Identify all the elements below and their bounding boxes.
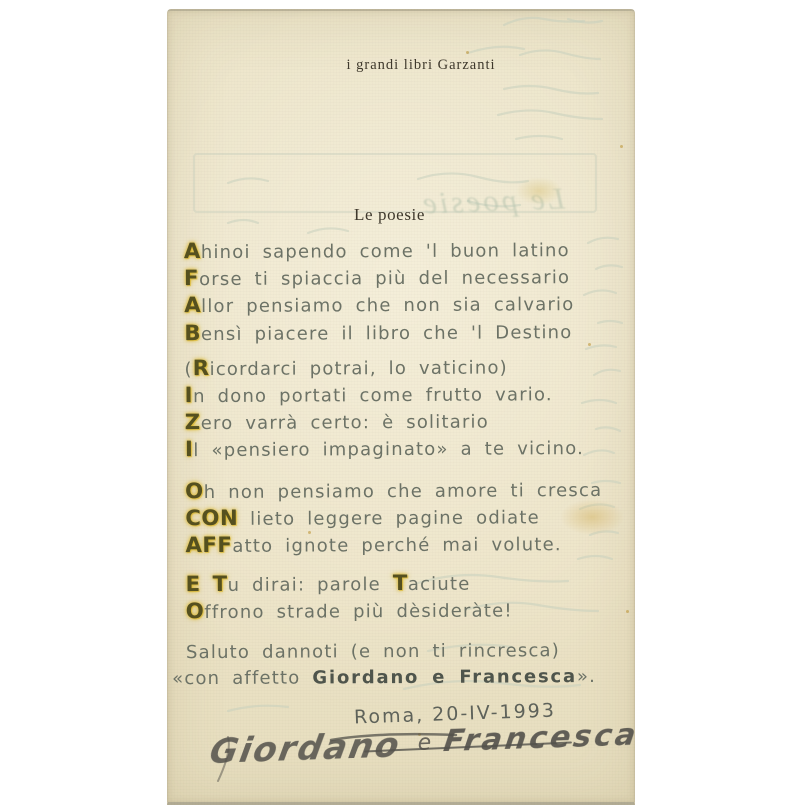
- poem-line: (Ricordarci potrai, lo vaticino): [184, 354, 620, 383]
- poem-text: [201, 575, 213, 596]
- poem-line: Il «pensiero impaginato» a te vicino.: [185, 435, 621, 464]
- stanza: Ahinoi sapendo come 'l buon latinoForse …: [184, 237, 621, 348]
- stanza: E Tu dirai: parole TaciuteOffrono strade…: [186, 570, 622, 627]
- poem-text: u dirai: parole: [228, 574, 393, 596]
- poem-line: Bensì piacere il libro che 'l Destino: [184, 318, 620, 347]
- poem-text: orse ti spiaccia più del necessario: [199, 267, 570, 290]
- acrostic-letter: Z: [185, 410, 201, 435]
- foxing-speck: [466, 51, 469, 54]
- acrostic-letter: F: [184, 266, 199, 291]
- poem-text: Saluto dannoti (e non ti rincresca): [186, 640, 560, 663]
- dedication-names: Giordano e Francesca: [312, 666, 577, 688]
- poem-text: l «pensiero impaginato» a te vicino.: [193, 438, 584, 461]
- poem-text: ero varrà certo: è solitario: [201, 412, 489, 435]
- acrostic-letter: CON: [185, 506, 238, 531]
- poem-text: llor pensiamo che non sia calvario: [201, 295, 574, 318]
- stanza: Oh non pensiamo che amore ti crescaCON l…: [185, 476, 621, 560]
- page-title: Le poesie: [354, 205, 425, 225]
- poem-text: ensì piacere il libro che 'l Destino: [201, 322, 573, 345]
- poem-line: AFFatto ignote perché mai volute.: [185, 531, 621, 560]
- signature-conjunction: e: [417, 730, 431, 755]
- poem-line: In dono portati come frutto vario.: [185, 381, 621, 410]
- acrostic-letter: A: [184, 293, 201, 318]
- foxing-speck: [620, 145, 623, 148]
- acrostic-letter: R: [193, 356, 210, 381]
- signature-giordano: Giordano: [207, 725, 405, 772]
- poem-text: ».: [577, 666, 596, 687]
- foxing-speck: [626, 610, 629, 613]
- poem-text: icordarci potrai, lo vaticino): [210, 357, 508, 380]
- poem-line: Allor pensiamo che non sia calvario: [184, 291, 620, 320]
- acrostic-letter: E: [186, 572, 201, 597]
- book-page: Le poesie i grandi libri Garzanti Le poe…: [167, 9, 635, 800]
- poem-line: Offrono strade più dèsideràte!: [186, 597, 622, 626]
- poem-text: lieto leggere pagine odiate: [238, 507, 540, 530]
- poem-text: hinoi sapendo come 'l buon latino: [201, 240, 570, 263]
- poem-line: «con affetto Giordano e Francesca».: [172, 664, 622, 693]
- signature-block: Giordano e Francesca: [209, 718, 620, 772]
- acrostic-letter: T: [212, 572, 227, 597]
- poem-line: Forse ti spiaccia più del necessario: [184, 264, 620, 293]
- poem-line: Zero varrà certo: è solitario: [185, 408, 621, 437]
- handwritten-poem: Ahinoi sapendo come 'l buon latinoForse …: [184, 237, 622, 692]
- stanza: (Ricordarci potrai, lo vaticino)In dono …: [184, 354, 621, 465]
- poem-line: E Tu dirai: parole Taciute: [186, 570, 622, 599]
- poem-text: atto ignote perché mai volute.: [232, 534, 562, 557]
- poem-text: aciute: [408, 574, 471, 595]
- acrostic-letter: A: [184, 239, 201, 264]
- poem-line: CON lieto leggere pagine odiate: [185, 504, 621, 533]
- closing-dedication: Saluto dannoti (e non ti rincresca)«con …: [186, 637, 622, 692]
- poem-line: Saluto dannoti (e non ti rincresca): [186, 637, 622, 665]
- acrostic-letter: AFF: [185, 533, 232, 558]
- series-imprint: i grandi libri Garzanti: [168, 57, 634, 74]
- poem-text: h non pensiamo che amore ti cresca: [204, 480, 603, 503]
- poem-text: n dono portati come frutto vario.: [193, 384, 553, 407]
- acrostic-letter: B: [184, 321, 201, 346]
- acrostic-letter: O: [186, 599, 205, 624]
- poem-line: Oh non pensiamo che amore ti cresca: [185, 476, 621, 505]
- acrostic-letter: T: [393, 571, 408, 596]
- poem-text: ffrono strade più dèsideràte!: [204, 601, 513, 624]
- signature-francesca: Francesca: [442, 717, 641, 759]
- poem-text: «con affetto: [172, 667, 312, 689]
- acrostic-letter: O: [185, 479, 204, 504]
- poem-line: Ahinoi sapendo come 'l buon latino: [184, 237, 620, 266]
- ghost-mirrored-title: Le poesie: [419, 180, 565, 221]
